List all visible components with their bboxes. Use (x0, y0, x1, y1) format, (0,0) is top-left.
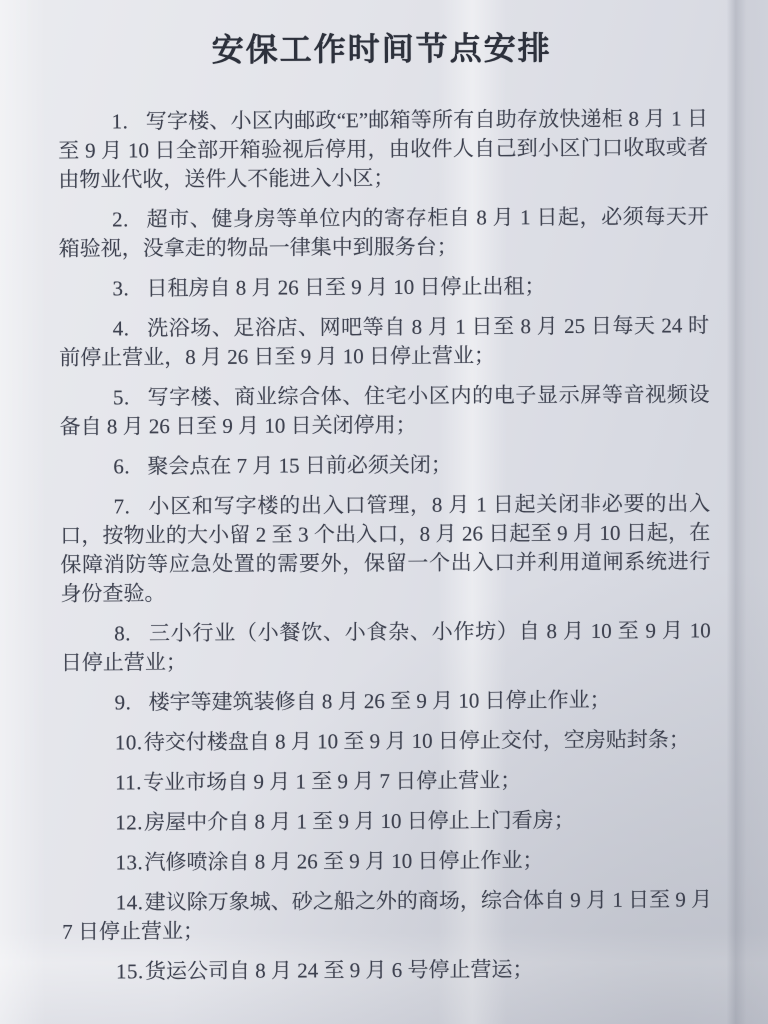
item-number: 2. (112, 207, 129, 231)
list-item: 13.汽修喷涂自 8 月 26 至 9 月 10 日停止作业； (62, 845, 712, 877)
paper-sheet: 安保工作时间节点安排 1.写字楼、小区内邮政“E”邮箱等所有自助存放快递柜 8 … (0, 0, 768, 998)
list-item: 4.洗浴场、足浴店、网吧等自 8 月 1 日至 8 月 25 日每天 24 时前… (59, 311, 709, 372)
item-text: 超市、健身房等单位内的寄存柜自 8 月 1 日起，必须每天开箱验视，没拿走的物品… (59, 204, 709, 260)
item-number: 14. (116, 890, 144, 914)
list-item: 9.楼宇等建筑装修自 8 月 26 至 9 月 10 日停止作业； (61, 685, 711, 717)
list-item: 2.超市、健身房等单位内的寄存柜自 8 月 1 日起，必须每天开箱验视，没拿走的… (58, 202, 708, 263)
item-text: 货运公司自 8 月 24 至 9 月 6 号停止营运； (145, 957, 534, 983)
item-text: 三小行业（小餐饮、小食杂、小作坊）自 8 月 10 至 9 月 10 日停止营业… (61, 618, 711, 674)
list-item: 5.写字楼、商业综合体、住宅小区内的电子显示屏等音视频设备自 8 月 26 日至… (59, 380, 709, 441)
item-number: 3. (112, 276, 129, 300)
item-text: 写字楼、商业综合体、住宅小区内的电子显示屏等音视频设备自 8 月 26 日至 9… (60, 382, 710, 438)
list-item: 6.聚会点在 7 月 15 日前必须关闭； (60, 449, 710, 481)
list-item: 10.待交付楼盘自 8 月 10 至 9 月 10 日停止交付，空房贴封条； (61, 725, 711, 757)
item-number: 4. (113, 316, 130, 340)
item-number: 8. (114, 621, 131, 645)
document-body: 1.写字楼、小区内邮政“E”邮箱等所有自助存放快递柜 8 月 1 日至 9 月 … (58, 104, 713, 986)
list-item: 7.小区和写字楼的出入口管理，8 月 1 日起关闭非必要的出入口，按物业的大小留… (60, 489, 711, 608)
item-number: 13. (115, 850, 143, 874)
item-number: 6. (113, 454, 130, 478)
document-title: 安保工作时间节点安排 (0, 22, 766, 72)
item-text: 房屋中介自 8 月 1 至 9 月 10 日停止上门看房； (144, 808, 575, 834)
item-text: 小区和写字楼的出入口管理，8 月 1 日起关闭非必要的出入口，按物业的大小留 2… (60, 491, 710, 605)
item-number: 9. (115, 690, 132, 714)
document-photo: 安保工作时间节点安排 1.写字楼、小区内邮政“E”邮箱等所有自助存放快递柜 8 … (0, 0, 768, 1024)
item-number: 11. (115, 770, 142, 794)
item-text: 聚会点在 7 月 15 日前必须关闭； (147, 453, 452, 479)
list-item: 14.建议除万象城、砂之船之外的商场，综合体自 9 月 1 日至 9 月 7 日… (62, 885, 712, 946)
item-text: 楼宇等建筑装修自 8 月 26 至 9 月 10 日停止作业； (149, 688, 611, 714)
item-text: 洗浴场、足浴店、网吧等自 8 月 1 日至 8 月 25 日每天 24 时前停止… (59, 313, 709, 369)
list-item: 11.专业市场自 9 月 1 至 9 月 7 日停止营业； (61, 765, 711, 797)
list-item: 1.写字楼、小区内邮政“E”邮箱等所有自助存放快递柜 8 月 1 日至 9 月 … (58, 104, 708, 194)
list-item: 15.货运公司自 8 月 24 至 9 月 6 号停止营运； (62, 954, 712, 986)
item-number: 12. (115, 810, 143, 834)
item-number: 7. (114, 494, 131, 518)
list-item: 12.房屋中介自 8 月 1 至 9 月 10 日停止上门看房； (62, 805, 712, 837)
list-item: 3.日租房自 8 月 26 日至 9 月 10 日停止出租； (59, 271, 709, 303)
item-text: 写字楼、小区内邮政“E”邮箱等所有自助存放快递柜 8 月 1 日至 9 月 10… (58, 106, 708, 191)
item-number: 15. (116, 959, 144, 983)
item-text: 汽修喷涂自 8 月 26 至 9 月 10 日停止作业； (144, 848, 543, 874)
item-text: 待交付楼盘自 8 月 10 至 9 月 10 日停止交付，空房贴封条； (144, 727, 690, 754)
item-text: 日租房自 8 月 26 日至 9 月 10 日停止出租； (146, 274, 545, 300)
item-number: 10. (115, 730, 143, 754)
item-number: 5. (113, 385, 130, 409)
list-item: 8.三小行业（小餐饮、小食杂、小作坊）自 8 月 10 至 9 月 10 日停止… (61, 616, 711, 677)
item-number: 1. (112, 109, 129, 133)
item-text: 专业市场自 9 月 1 至 9 月 7 日停止营业； (143, 768, 521, 794)
item-text: 建议除万象城、砂之船之外的商场，综合体自 9 月 1 日至 9 月 7 日停止营… (62, 887, 712, 943)
